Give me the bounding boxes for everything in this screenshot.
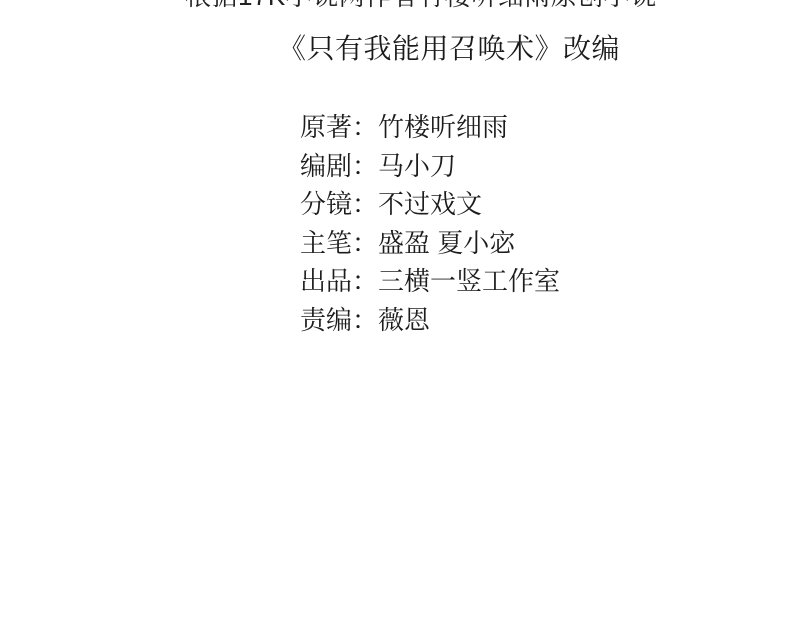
credit-row-storyboard: 分镜：不过戏文 <box>300 185 560 224</box>
credit-label: 分镜： <box>300 185 378 224</box>
credit-label: 出品： <box>300 262 378 301</box>
credits-page: 根据17K小说网作者竹楼听细雨原创小说 《只有我能用召唤术》改编 原著：竹楼听细… <box>0 0 800 625</box>
credit-row-editor: 责编：薇恩 <box>300 301 560 340</box>
credit-row-producer: 出品：三横一竖工作室 <box>300 262 560 301</box>
credit-value: 三横一竖工作室 <box>378 262 560 301</box>
credit-label: 主笔： <box>300 224 378 263</box>
credit-row-scriptwriter: 编剧：马小刀 <box>300 147 560 186</box>
credit-value: 不过戏文 <box>378 185 482 224</box>
source-attribution-line: 根据17K小说网作者竹楼听细雨原创小说 <box>185 0 657 9</box>
credits-block: 原著：竹楼听细雨 编剧：马小刀 分镜：不过戏文 主笔：盛盈 夏小宓 出品：三横一… <box>300 108 560 339</box>
credit-label: 责编： <box>300 301 378 340</box>
page-title: 《只有我能用召唤术》改编 <box>278 33 620 65</box>
credit-value: 薇恩 <box>378 301 430 340</box>
credit-row-lead-artist: 主笔：盛盈 夏小宓 <box>300 224 560 263</box>
credit-row-original-author: 原著：竹楼听细雨 <box>300 108 560 147</box>
credit-value: 盛盈 夏小宓 <box>378 224 515 263</box>
credit-label: 编剧： <box>300 147 378 186</box>
credit-value: 竹楼听细雨 <box>378 108 508 147</box>
credit-value: 马小刀 <box>378 147 456 186</box>
credit-label: 原著： <box>300 108 378 147</box>
